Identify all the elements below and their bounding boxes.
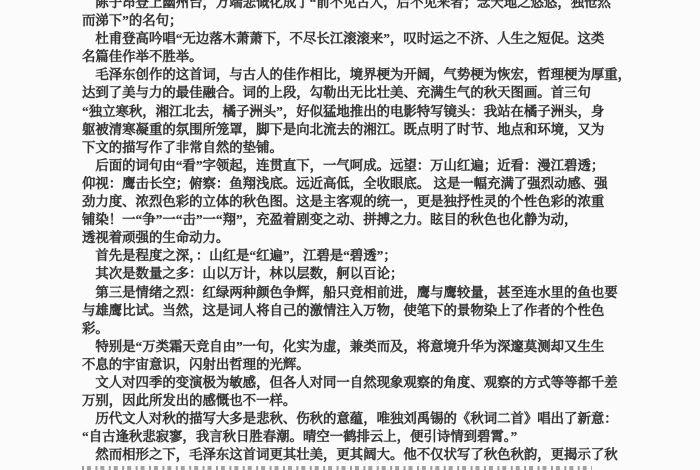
text-line: 万别，因此所发出的感慨也不一样。 (82, 392, 627, 410)
text-line: 历代文人对秋的描写大多是悲秋、伤秋的意蕴，唯独刘禹锡的《秋词二首》唱出了新意： (82, 410, 627, 428)
text-line: 劲力度、浓烈色彩的立体的秋色图。这是主客观的统一，更是独抒性灵的个性色彩的浓重 (82, 193, 627, 211)
document-text-block: 陈子昂登上幽州台，万端悲慨化成了“前不见古人，后不见来者；念天地之悠悠，独怆然而… (82, 0, 627, 464)
text-line: 躯被清寒凝重的氛围所笼罩，脚下是向北流去的湘江。既点明了时节、地点和环境，又为 (82, 121, 627, 139)
text-line: 而涕下”的名句； (82, 12, 627, 30)
text-line: 透视着顽强的生命动力。 (82, 229, 627, 247)
text-line: 名篇佳作举不胜举。 (82, 48, 627, 66)
text-line: 杜甫登高吟唱“无边落木萧萧下，不尽长江滚滚来”，叹时运之不济、人生之短促。这类 (82, 30, 627, 48)
text-line: 然而相形之下，毛泽东这首词更其壮美，更其阔大。他不仅状写了秋色秋韵，更揭示了秋 (82, 446, 627, 464)
text-line: 其次是数量之多：山以万计，林以层数，舸以百论； (82, 265, 627, 283)
text-line: 毛泽东创作的这首词，与古人的佳作相比，境界梗为开阔，气势梗为恢宏，哲理梗为厚重， (82, 66, 627, 84)
bottom-clipped-text-line (82, 466, 592, 470)
text-line: 陈子昂登上幽州台，万端悲慨化成了“前不见古人，后不见来者；念天地之悠悠，独怆然 (82, 0, 627, 12)
text-line: “独立寒秋，湘江北去，橘子洲头”，好似猛地推出的电影特写镜头：我站在橘子洲头，身 (82, 103, 627, 121)
text-line: 与雄鹰比试。当然，这是词人将自己的激情注入万物，使笔下的景物染上了作者的个性色 (82, 302, 627, 320)
text-line: 后面的词句由“看”字领起，连贯直下，一气呵成。远望：万山红遍；近看：漫江碧透； (82, 157, 627, 175)
text-line: 下文的描写作了非常自然的垫铺。 (82, 139, 627, 157)
text-line: 铺染！一“争”一“击”一“翔”，充盈着剧变之动、拼搏之力。眩目的秋色也化静为动， (82, 211, 627, 229)
text-line: 仰视：鹰击长空；俯察：鱼翔浅底。远近高低，全收眼底。 这是一幅充满了强烈动感、强 (82, 175, 627, 193)
text-line: 彩。 (82, 320, 627, 338)
text-line: 不息的宇宙意识，闪射出哲理的光辉。 (82, 356, 627, 374)
text-line: 首先是程度之深，：山红是“红遍”，江碧是“碧透”； (82, 247, 627, 265)
text-line: 达到了美与力的最佳融合。词的上段，勾勒出无比壮美、充满生气的秋天图画。首三句 (82, 84, 627, 102)
text-line: 特别是“万类霜天竞自由”一句，化实为虚，兼类而及，将意境升华为深邃莫测却又生生 (82, 338, 627, 356)
text-line: 第三是情绪之烈：红绿两种颜色争辉，船只竞相前进，鹰与鹰较量，甚至连水里的鱼也要 (82, 284, 627, 302)
text-line: “自古逢秋悲寂寥，我言秋日胜春潮。晴空一鹤排云上，便引诗情到碧霄。” (82, 428, 627, 446)
scanned-document-page: 陈子昂登上幽州台，万端悲慨化成了“前不见古人，后不见来者；念天地之悠悠，独怆然而… (0, 0, 700, 470)
text-line: 文人对四季的变演极为敏感，但各人对同一自然现象观察的角度、观察的方式等等都千差 (82, 374, 627, 392)
